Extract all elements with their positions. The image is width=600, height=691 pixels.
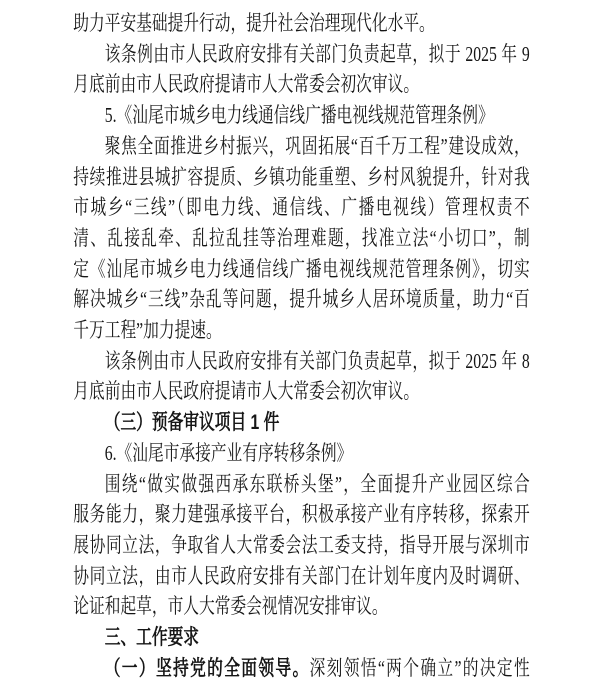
text-line: 协同立法，由市人民政府安排有关部门在计划年度内及时调研、 xyxy=(73,562,529,593)
text-line: 服务能力，聚力建强承接平台，积极承接产业有序转移，探索开 xyxy=(73,500,529,531)
text-line: 三、工作要求 xyxy=(73,623,529,654)
line-text: 月底前由市人民政府提请市人大常委会初次审议。 xyxy=(73,380,419,403)
line-text: 定《汕尾市城乡电力线通信线广播电视线规范管理条例》，切实 xyxy=(73,258,529,281)
line-text: 5.《汕尾市城乡电力线通信线广播电视线规范管理条例》 xyxy=(105,104,494,127)
text-line: 清、乱接乱牵、乱拉乱挂等治理难题，找准立法“小切口”，制 xyxy=(73,224,529,255)
line-text: 该条例由市人民政府安排有关部门负责起草，拟于 2025 年 8 xyxy=(105,350,530,373)
line-text: 月底前由市人民政府提请市人大常委会初次审议。 xyxy=(73,73,419,96)
page-content-area: 助力平安基础提升行动，提升社会治理现代化水平。该条例由市人民政府安排有关部门负责… xyxy=(0,9,600,684)
clause-heading-lead: （一）坚持党的全面领导。 xyxy=(105,657,310,680)
text-line: 月底前由市人民政府提请市人大常委会初次审议。 xyxy=(73,377,529,408)
line-text: 该条例由市人民政府安排有关部门负责起草，拟于 2025 年 9 xyxy=(105,43,530,66)
line-text: 市城乡“三线”（即电力线、通信线、广播电视线）管理权责不 xyxy=(73,196,529,219)
text-line: 千万工程”加力提速。 xyxy=(73,316,529,347)
document-body: 助力平安基础提升行动，提升社会治理现代化水平。该条例由市人民政府安排有关部门负责… xyxy=(0,9,600,684)
text-line: （三）预备审议项目 1 件 xyxy=(73,408,529,439)
text-line: 定《汕尾市城乡电力线通信线广播电视线规范管理条例》，切实 xyxy=(73,255,529,286)
line-text: （三）预备审议项目 1 件 xyxy=(105,411,280,434)
line-text: 论证和起草，市人大常委会视情况安排审议。 xyxy=(73,595,387,618)
text-line: 持续推进县城扩容提质、乡镇功能重塑、乡村风貌提升，针对我 xyxy=(73,163,529,194)
line-text: 千万工程”加力提速。 xyxy=(73,319,221,342)
line-text: 围绕“做实做强西承东联桥头堡”，全面提升产业园区综合 xyxy=(105,473,530,496)
text-line: 6.《汕尾市承接产业有序转移条例》 xyxy=(73,439,529,470)
text-line: 展协同立法，争取省人大常委会法工委支持，指导开展与深圳市 xyxy=(73,531,529,562)
line-text: 解决城乡“三线”杂乱等问题，提升城乡人居环境质量，助力“百 xyxy=(73,288,529,311)
text-line: 聚焦全面推进乡村振兴，巩固拓展“百千万工程”建设成效， xyxy=(73,132,529,163)
document-page: 助力平安基础提升行动，提升社会治理现代化水平。该条例由市人民政府安排有关部门负责… xyxy=(0,0,600,691)
line-text: 展协同立法，争取省人大常委会法工委支持，指导开展与深圳市 xyxy=(73,534,529,557)
text-line: 该条例由市人民政府安排有关部门负责起草，拟于 2025 年 9 xyxy=(73,40,529,71)
text-line: 助力平安基础提升行动，提升社会治理现代化水平。 xyxy=(73,9,529,40)
text-line: （一）坚持党的全面领导。深刻领悟“两个确立”的决定性 xyxy=(73,654,529,685)
text-line: 该条例由市人民政府安排有关部门负责起草，拟于 2025 年 8 xyxy=(73,347,529,378)
line-text: 6.《汕尾市承接产业有序转移条例》 xyxy=(105,442,353,465)
line-text: 清、乱接乱牵、乱拉乱挂等治理难题，找准立法“小切口”，制 xyxy=(73,227,529,250)
line-text: 助力平安基础提升行动，提升社会治理现代化水平。 xyxy=(73,12,434,35)
line-text: 三、工作要求 xyxy=(105,626,199,649)
text-line: 市城乡“三线”（即电力线、通信线、广播电视线）管理权责不 xyxy=(73,193,529,224)
line-text: 服务能力，聚力建强承接平台，积极承接产业有序转移，探索开 xyxy=(73,503,529,526)
text-line: 5.《汕尾市城乡电力线通信线广播电视线规范管理条例》 xyxy=(73,101,529,132)
line-text: 聚焦全面推进乡村振兴，巩固拓展“百千万工程”建设成效， xyxy=(105,135,530,158)
line-text: 持续推进县城扩容提质、乡镇功能重塑、乡村风貌提升，针对我 xyxy=(73,166,529,189)
line-text: 协同立法，由市人民政府安排有关部门在计划年度内及时调研、 xyxy=(73,565,529,588)
text-line: 月底前由市人民政府提请市人大常委会初次审议。 xyxy=(73,70,529,101)
text-line: 解决城乡“三线”杂乱等问题，提升城乡人居环境质量，助力“百 xyxy=(73,285,529,316)
line-text: 深刻领悟“两个确立”的决定性 xyxy=(310,657,530,680)
text-line: 论证和起草，市人大常委会视情况安排审议。 xyxy=(73,592,529,623)
text-line: 围绕“做实做强西承东联桥头堡”，全面提升产业园区综合 xyxy=(73,470,529,501)
